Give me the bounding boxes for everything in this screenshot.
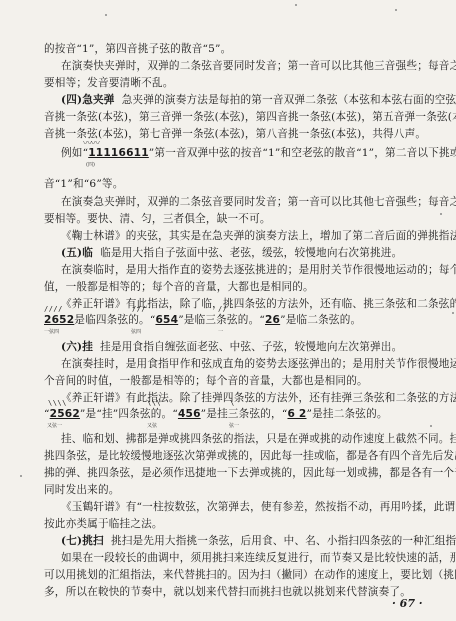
scan-speck <box>440 213 442 215</box>
text-line: 同时发出来的。 <box>44 484 416 497</box>
text-line: 音“1”和“6”等。 <box>44 178 416 191</box>
section-heading: (四)急夹弹 <box>61 94 115 106</box>
backslash-marks: \\\ <box>147 400 161 407</box>
example-text: ”是挂三条弦的，“ <box>201 408 288 420</box>
page-number: · 67 · <box>392 597 423 610</box>
notation-number: 2562 <box>50 408 80 420</box>
scan-speck <box>430 425 432 427</box>
text-line: 拂的弹、挑四条弦，是必须作迅捷地一下去弹或挑的，因此每一划或拂，都是各有一个音(… <box>44 467 416 480</box>
backslash-marks: \\\\ <box>48 400 67 407</box>
example-text: ”是临三条弦的。“ <box>178 314 265 326</box>
section-text: 临是用大指自子弦面中弦、老弦，缓弦，较慢地向右次第挑进。 <box>100 247 402 259</box>
text-line: 可以用挑划的汇組指法，来代替挑扫的。因为扫（撇同）在动作的速度上，要比划（挑同）… <box>44 569 416 582</box>
notation-number: 2652 <box>44 314 74 326</box>
section-text: 挂是用食指自缠弦面老弦、中弦、子弦，较慢地向左次第弹出。 <box>100 341 402 353</box>
text-line: 挑四条弦，是比较缓慢地逐弦次第弹或挑的，因此每一挂或临，都是各有四个音先后发出来… <box>44 450 416 463</box>
text-line: 要相等。要快、清、匀，三者俱全，缺一不可。 <box>44 213 416 226</box>
text-line: 挂、临和划、拂都是弹或挑四条弦的指法，只是在弹或挑的动作速度上截然不同。挂、临的… <box>61 433 416 446</box>
text-line: 《玉鶴轩谱》有“一柱按数弦，次第弹去，使有参差，然按指不动，再用吟揉，此谓临”。… <box>61 501 416 514</box>
section-six: (六)挂 挂是用食指自缠弦面老弦、中弦、子弦，较慢地向左次第弹出。 <box>61 341 416 354</box>
example-text: ”是挂二条弦的。 <box>307 408 388 420</box>
text-line: 在演奏挂时，是用食指甲作和弦成直角的姿势去逐弦弹出的；是用肘关节作很慢地运动的；… <box>61 358 416 371</box>
notation-sub-label: 一 <box>218 329 223 335</box>
scan-speck <box>20 475 22 477</box>
notation-number: 26 <box>265 314 280 326</box>
notation-number: 6 2 <box>287 408 306 420</box>
example-text: ”第一音双弹中弦的按音“1”和空老弦的散音“1”，第二音以下挑或弹中弦的按 <box>149 147 456 159</box>
backslash-marks: \ <box>230 400 235 407</box>
text-line: 在演奏急夹弹时，双弹的二条弦音要同时发音；第一音可以比其他七音强些；每音之间的时… <box>61 196 416 209</box>
notation-sub-label: 又弦 <box>147 423 157 429</box>
section-text: 急夹弹的演奏方法是每拍的第一音双弹二条弦（本弦和本弦右面的空弦），第二 <box>122 94 456 106</box>
example-line: “2562”是“挂”四条弦的。“456”是挂三条弦的，“6 2”是挂二条弦的。 <box>44 408 416 421</box>
text-line: 要相等；发音要清晰不乱。 <box>44 77 416 90</box>
text-line: 个音间的时值，一般都是相等的；每个音的音量，大都也是相同的。 <box>44 375 416 388</box>
notation-number: 456 <box>178 408 201 420</box>
text-line: 《养正轩谱》有此指法，除了临，挑四条弦的方法外，还有临、挑三条弦和二条弦的方法。… <box>61 298 416 311</box>
notation-number: 11116611 <box>88 147 149 159</box>
text-line: 《养正轩谱》有此指法。除了挂弹四条弦的方法外，还有挂弹三条弦和二条弦的方法。例如 <box>61 392 416 405</box>
text-line: 的按音“1”，第四音挑子弦的散音“5”。 <box>44 43 416 56</box>
slash-marks: //// <box>44 306 63 313</box>
notation-sub-label: 弦一 <box>229 423 239 429</box>
text-line: 《鞠士林谱》的夹弦，其实是在急夹弹的演奏方法上，增加了第二音后面的弹挑指法所组成… <box>61 230 416 243</box>
notation-number: 654 <box>155 314 178 326</box>
scan-speck <box>105 14 107 16</box>
text-line: 如果在一段较长的曲调中，须用挑扫来连续反复进行，而节奏又是比较快速的話，那末我們… <box>61 552 416 565</box>
scan-speck <box>395 9 397 11</box>
notation-sub-label: 弦四 <box>131 329 141 335</box>
example-text: ”是“挂”四条弦的。“ <box>80 408 178 420</box>
section-text: 挑扫是先用大指挑一条弦，后用食、中、名、小指扫四条弦的一种汇组指法。 <box>111 535 456 547</box>
text-line: 音挑一条弦(本弦)，第七音弹一条弦(本弦)，第八音挑一条弦(本弦)，共得八声。 <box>44 128 416 141</box>
text-line: 值，一般都是相等的；每个音的音量，大都也是相同的。 <box>44 281 416 294</box>
notation-sub-label: (四) <box>86 162 95 168</box>
section-heading: (五)临 <box>61 247 93 259</box>
example-line: 例如“11116611”第一音双弹中弦的按音“1”和空老弦的散音“1”，第二音以… <box>61 147 416 160</box>
scan-speck <box>295 4 297 6</box>
text-line: 音挑一条弦(本弦)，第三音弹一条弦(本弦)，第四音挑一条弦(本弦)，第五音弹一条… <box>44 111 416 124</box>
slash-marks: /// <box>132 306 146 313</box>
section-heading: (六)挂 <box>61 341 93 353</box>
slash-marks: // <box>218 306 227 313</box>
text-line: 在演奏临时，是用大指作直的姿势去逐弦挑进的；是用肘关节作很慢地运动的；每个音间的… <box>61 264 416 277</box>
section-heading: (七)挑扫 <box>61 535 104 547</box>
notation-sub-label: 又弦一 <box>47 423 62 429</box>
example-text: ”是临二条弦的。 <box>280 314 361 326</box>
section-seven: (七)挑扫 挑扫是先用大指挑一条弦，后用食、中、名、小指扫四条弦的一种汇组指法。 <box>61 535 416 548</box>
text-line: 按此亦类属于临挂之法。 <box>44 518 416 531</box>
text-line: 在演奏快夹弹时，双弹的二条弦音要同时发音；第一音可以比其他三音强些；每音之间的时… <box>61 60 416 73</box>
section-five: (五)临 临是用大指自子弦面中弦、老弦，缓弦，较慢地向右次第挑进。 <box>61 247 416 260</box>
book-page: 的按音“1”，第四音挑子弦的散音“5”。 在演奏快夹弹时，双弹的二条弦音要同时发… <box>0 0 456 621</box>
example-text: 是临四条弦的。“ <box>74 314 155 326</box>
scan-speck <box>452 312 454 314</box>
text-line: 多，所以在較快的节奏中，就以划来代替扫而挑扫也就以挑划来代替演奏了。 <box>44 586 416 599</box>
example-line: 2652是临四条弦的。“654”是临三条弦的。“26”是临二条弦的。 <box>44 314 416 327</box>
notation-sub-label: 一弦四 <box>44 329 59 335</box>
scan-speck <box>193 593 195 595</box>
section-four: (四)急夹弹 急夹弹的演奏方法是每拍的第一音双弹二条弦（本弦和本弦右面的空弦），… <box>61 94 416 107</box>
quote-open: 例如“ <box>61 147 88 159</box>
